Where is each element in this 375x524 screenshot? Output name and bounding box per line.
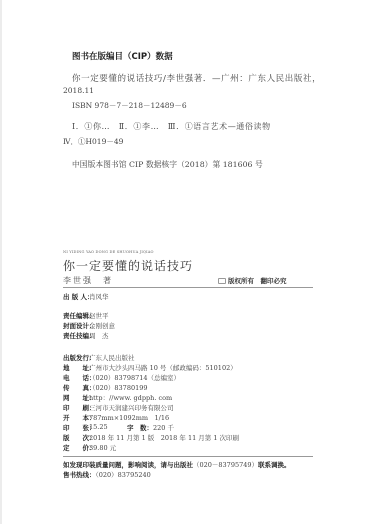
quality-notice: 如发现印装质量问题，影响阅读，请与出版社（020－83795749）联系调换。 xyxy=(63,460,291,469)
pub-edition: 版 次：2018 年 11 月第 1 版 2018 年 11 月第 1 次印刷 xyxy=(63,433,239,442)
cip-classification-1: Ⅰ．①你… Ⅱ．①李… Ⅲ．①语言艺术—通俗读物 xyxy=(72,121,271,132)
divider-top xyxy=(63,287,313,288)
cip-classification-2: Ⅳ．①H019－49 xyxy=(63,136,123,147)
book-author: 李世强 著 xyxy=(63,275,113,286)
cip-isbn: ISBN 978－7－218－12489－6 xyxy=(72,100,187,111)
copyright-page: 图书在版编目（CIP）数据 你一定要懂的说话技巧/李世强著．—广州：广东人民出版… xyxy=(0,0,375,524)
pub-address: 地 址：广州市大沙头四马路 10 号（邮政编码：510102） xyxy=(63,363,237,372)
cip-heading: 图书在版编目（CIP）数据 xyxy=(72,50,173,62)
cip-line-2: 2018.11 xyxy=(63,86,94,95)
divider-bottom xyxy=(63,456,313,457)
pub-printer: 印 刷：三河市天润建兴印务有限公司 xyxy=(63,403,174,412)
credit-cover-design: 封面设计：金刚创意 xyxy=(63,321,115,330)
credit-tech-editor: 责任技编：周 杰 xyxy=(63,331,109,340)
pub-price: 定 价：39.80 元 xyxy=(63,443,116,452)
rights-text: 版权所有 翻印必究 xyxy=(228,276,287,285)
credit-publisher: 出 版 人：肖风华 xyxy=(63,292,109,301)
credit-editor: 责任编辑：赵世平 xyxy=(63,311,109,320)
book-icon xyxy=(218,278,226,284)
cip-line-1: 你一定要懂的说话技巧/李世强著．—广州：广东人民出版社， xyxy=(72,72,321,84)
pub-website: 网 址：http：//www. gdpph. com xyxy=(63,393,172,402)
cip-number: 中国版本图书馆 CIP 数据核字（2018）第 181606 号 xyxy=(72,159,263,170)
book-title: 你一定要懂的说话技巧 xyxy=(63,257,193,274)
sales-hotline: 售书热线：（020）83795240 xyxy=(63,470,151,479)
rights-notice: 版权所有 翻印必究 xyxy=(218,276,287,285)
pub-distributor: 出版发行：广东人民出版社 xyxy=(63,353,135,362)
pub-sheets-wordcount: 印 张：15.25字 数：220 千 xyxy=(63,423,174,432)
pub-fax: 传 真：（020）83780199 xyxy=(63,383,148,392)
pub-format: 开 本：787mm×1092mm 1/16 xyxy=(63,413,169,422)
pub-phone: 电 话：（020）83798714（总编室） xyxy=(63,373,180,382)
book-pinyin-title: NI YIDING YAO DONG DE SHUOHUA JIQIAO xyxy=(63,250,154,254)
